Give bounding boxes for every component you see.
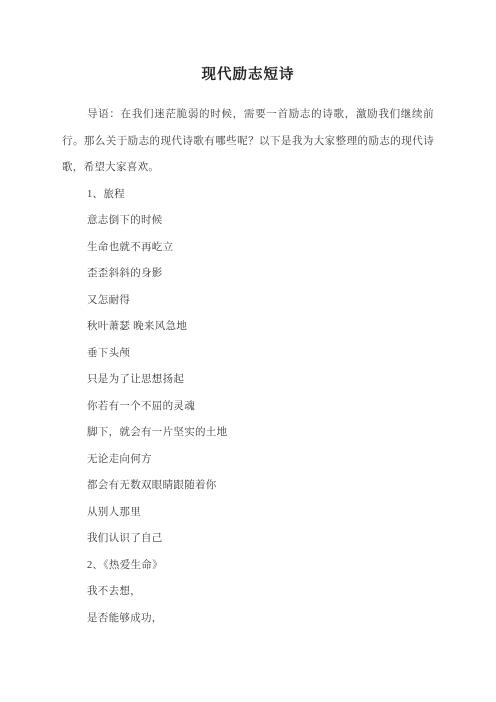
document-title: 现代励志短诗 bbox=[0, 0, 496, 86]
poem-line: 1、旅程 bbox=[62, 182, 434, 209]
poem-line: 我们认识了自己 bbox=[62, 526, 434, 553]
poem-line: 生命也就不再屹立 bbox=[62, 235, 434, 262]
poem-line: 是否能够成功， bbox=[62, 606, 434, 633]
document-page: 现代励志短诗 导语：在我们迷茫脆弱的时候，需要一首励志的诗歌，激励我们继续前行。… bbox=[0, 0, 496, 702]
poem-line: 无论走向何方 bbox=[62, 447, 434, 474]
poem-line: 秋叶萧瑟 晚来风急地 bbox=[62, 314, 434, 341]
document-content: 导语：在我们迷茫脆弱的时候，需要一首励志的诗歌，激励我们继续前行。那么关于励志的… bbox=[62, 102, 434, 632]
poem-line: 又怎耐得 bbox=[62, 288, 434, 315]
poem-line: 你若有一个不屈的灵魂 bbox=[62, 394, 434, 421]
poem-line: 垂下头颅 bbox=[62, 341, 434, 368]
poem-line: 从别人那里 bbox=[62, 500, 434, 527]
document-body: 导语：在我们迷茫脆弱的时候，需要一首励志的诗歌，激励我们继续前行。那么关于励志的… bbox=[62, 102, 434, 632]
poem-line: 歪歪斜斜的身影 bbox=[62, 261, 434, 288]
poem-line: 2、《热爱生命》 bbox=[62, 553, 434, 580]
poem-line: 脚下，就会有一片坚实的土地 bbox=[62, 420, 434, 447]
poem-line: 意志倒下的时候 bbox=[62, 208, 434, 235]
poem-line: 只是为了让思想扬起 bbox=[62, 367, 434, 394]
intro-paragraph: 导语：在我们迷茫脆弱的时候，需要一首励志的诗歌，激励我们继续前行。那么关于励志的… bbox=[62, 102, 434, 182]
poem-line: 都会有无数双眼睛跟随着你 bbox=[62, 473, 434, 500]
poem-line: 我不去想， bbox=[62, 579, 434, 606]
